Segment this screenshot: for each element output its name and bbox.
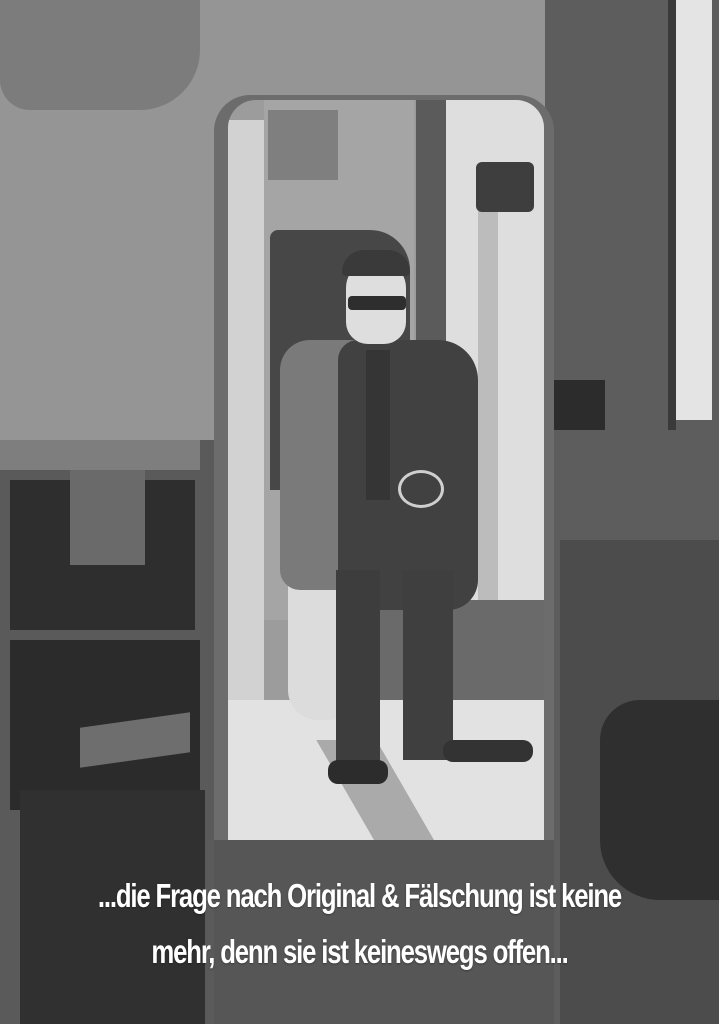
- wall-fixture: [545, 380, 605, 430]
- hair: [342, 250, 410, 276]
- caption: ...die Frage nach Original & Fälschung i…: [79, 868, 640, 980]
- tripod-stand: [478, 200, 498, 620]
- sunglasses-icon: [348, 296, 406, 310]
- tie: [366, 350, 390, 500]
- caption-line-2: mehr, denn sie ist keineswegs offen...: [79, 924, 640, 980]
- left-shelf-panel: [70, 470, 145, 565]
- right-leg: [403, 570, 453, 760]
- window-light: [676, 0, 712, 420]
- left-shelf-top: [0, 440, 200, 470]
- right-shoe: [443, 740, 533, 762]
- left-shoe: [328, 760, 388, 784]
- wall-shadow: [0, 0, 200, 110]
- mirror-reflection: [228, 100, 544, 840]
- reflected-wall-shadow: [268, 110, 338, 180]
- window-frame: [668, 0, 676, 430]
- badge-icon: [398, 470, 444, 508]
- caption-line-1: ...die Frage nach Original & Fälschung i…: [79, 868, 640, 924]
- left-leg: [336, 570, 380, 770]
- camera-icon: [476, 162, 534, 212]
- poster-photo: ...die Frage nach Original & Fälschung i…: [0, 0, 719, 1024]
